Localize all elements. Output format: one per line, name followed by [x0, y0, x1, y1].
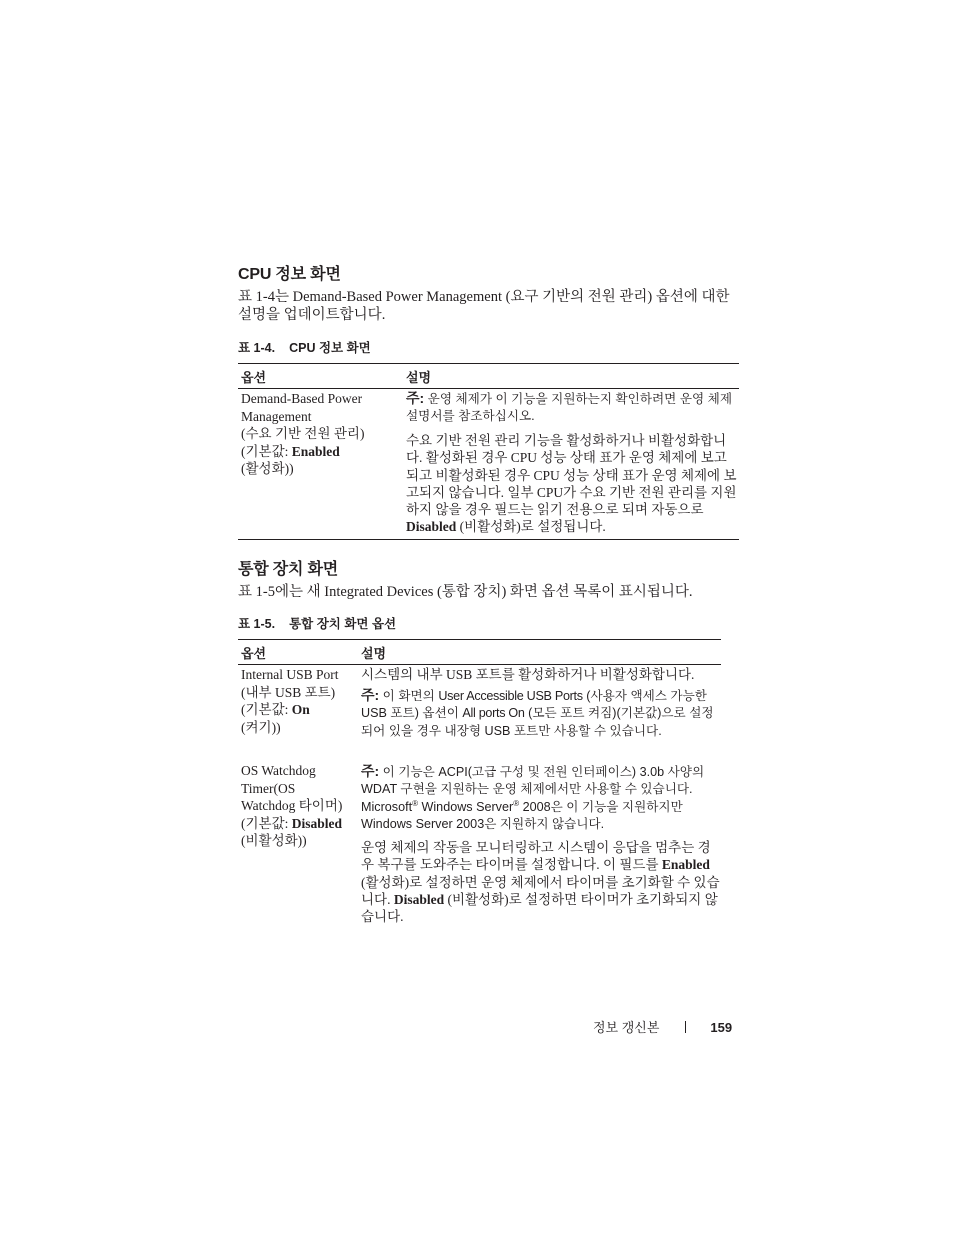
footer-section-title: 정보 갱신본 [593, 1020, 659, 1035]
note-term: User Accessible USB Ports [438, 689, 582, 703]
description-text: 운영 체제의 작동을 모니터링하고 시스템이 응답을 멈추는 경우 복구를 도와… [361, 839, 721, 925]
intro-prefix: 표 1-4는 [238, 289, 293, 305]
table-header-option: 옵션 [241, 643, 266, 662]
option-cell: OS Watchdog Timer(OS Watchdog 타이머) (기본값:… [241, 762, 359, 850]
option-korean: (내부 USB 포트) [241, 684, 359, 702]
section-heading-integrated-devices: 통합 장치 화면 [238, 556, 338, 579]
desc-part: (비활성화)로 설정됩니다. [456, 519, 606, 534]
table-caption-1-5: 표 1-5.통합 장치 화면 옵션 [238, 614, 396, 632]
page-number: 159 [710, 1020, 732, 1035]
intro-term: Integrated Devices [324, 584, 433, 600]
option-name: Demand-Based Power Management [241, 390, 401, 425]
table-header-description: 설명 [361, 643, 386, 662]
option-name: Internal USB Port [241, 666, 359, 684]
intro-term: Demand-Based Power Management [293, 289, 502, 305]
option-default: (기본값: Enabled [241, 443, 401, 461]
default-korean: (켜기)) [241, 719, 359, 737]
note-label: 주: [361, 763, 379, 779]
default-value: Enabled [292, 444, 340, 459]
section-heading-cpu-info: CPU 정보 화면 [238, 261, 341, 284]
table-header-rule [238, 664, 721, 665]
default-prefix: (기본값: [241, 702, 292, 717]
table-bottom-rule [238, 539, 739, 540]
note-label: 주: [406, 390, 424, 406]
default-value: Disabled [292, 816, 342, 831]
intro-suffix: (통합 장치) 화면 옵션 목록이 표시됩니다. [433, 584, 692, 600]
intro-prefix: 표 1-5에는 새 [238, 584, 324, 600]
default-korean: (활성화)) [241, 460, 401, 478]
page-footer: 정보 갱신본159 [593, 1017, 732, 1036]
description-text: 시스템의 내부 USB 포트를 활성화하거나 비활성화합니다. [361, 666, 721, 683]
desc-bold: Enabled [662, 857, 710, 872]
table-header-option: 옵션 [241, 367, 266, 386]
note-text: 운영 체제가 이 기능을 지원하는지 확인하려면 운영 체제 설명서를 참조하십… [406, 392, 732, 423]
table-header-rule [238, 388, 739, 389]
footer-separator [685, 1021, 686, 1033]
option-cell: Internal USB Port (내부 USB 포트) (기본값: On (… [241, 666, 359, 736]
table-top-rule [238, 639, 721, 640]
desc-bold: Disabled [406, 519, 456, 534]
table-caption-number: 표 1-4. [238, 341, 275, 355]
option-name-line: OS Watchdog [241, 762, 359, 780]
option-default: (기본값: Disabled [241, 815, 359, 833]
default-prefix: (기본값: [241, 444, 292, 459]
note-block: 주: 이 기능은 ACPI(고급 구성 및 전원 인터페이스) 3.0b 사양의… [361, 763, 719, 833]
option-default: (기본값: On [241, 701, 359, 719]
table-caption-title: CPU 정보 화면 [289, 341, 371, 355]
option-name-line: Watchdog 타이머) [241, 797, 359, 815]
table-header-description: 설명 [406, 367, 431, 386]
note-block: 주: 이 화면의 User Accessible USB Ports (사용자 … [361, 687, 719, 740]
default-prefix: (기본값: [241, 816, 292, 831]
desc-part: 수요 기반 전원 관리 기능을 활성화하거나 비활성화합니다. 활성화된 경우 … [406, 433, 737, 517]
note-block: 주: 운영 체제가 이 기능을 지원하는지 확인하려면 운영 체제 설명서를 참… [406, 390, 736, 426]
desc-part: 운영 체제의 작동을 모니터링하고 시스템이 응답을 멈추는 경우 복구를 도와… [361, 840, 711, 872]
default-korean: (비활성화)) [241, 832, 359, 850]
option-korean: (수요 기반 전원 관리) [241, 425, 401, 443]
option-name-line: Timer(OS [241, 780, 359, 798]
desc-bold: Disabled [394, 892, 444, 907]
table-caption-number: 표 1-5. [238, 617, 275, 631]
table-caption-title: 통합 장치 화면 옵션 [289, 617, 396, 631]
description-text: 수요 기반 전원 관리 기능을 활성화하거나 비활성화합니다. 활성화된 경우 … [406, 432, 738, 536]
note-term: All ports On [462, 706, 524, 720]
default-value: On [292, 702, 310, 717]
note-text: 이 화면의 [379, 689, 438, 703]
table-top-rule [238, 363, 739, 364]
note-text: Windows Server [418, 800, 513, 814]
section-intro-cpu-info: 표 1-4는 Demand-Based Power Management (요구… [238, 288, 738, 324]
note-label: 주: [361, 687, 379, 703]
section-intro-integrated-devices: 표 1-5에는 새 Integrated Devices (통합 장치) 화면 … [238, 583, 748, 601]
option-cell: Demand-Based Power Management (수요 기반 전원 … [241, 390, 401, 478]
table-caption-1-4: 표 1-4.CPU 정보 화면 [238, 338, 371, 356]
